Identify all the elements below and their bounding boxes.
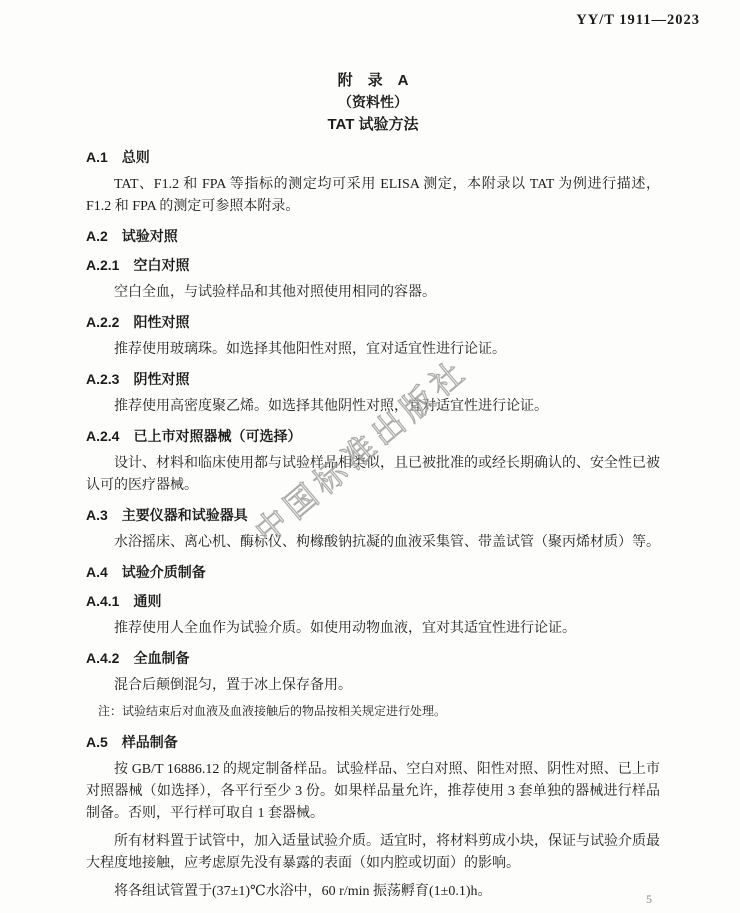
paragraph: 将各组试管置于(37±1)℃水浴中，60 r/min 振荡孵育(1±0.1)h。 bbox=[86, 881, 660, 903]
section-number: A.2.2 bbox=[86, 314, 119, 330]
appendix-informative-label: （资料性） bbox=[86, 92, 660, 113]
section-heading-a2-4: A.2.4已上市对照器械（可选择） bbox=[86, 426, 660, 447]
section-title: 主要仪器和试验器具 bbox=[122, 507, 248, 523]
section-title: 总则 bbox=[122, 149, 150, 165]
paragraph: 混合后颠倒混匀，置于冰上保存备用。 bbox=[86, 675, 660, 697]
section-title: 阳性对照 bbox=[133, 314, 189, 330]
section-number: A.3 bbox=[86, 507, 108, 523]
section-heading-a5: A.5样品制备 bbox=[86, 732, 660, 753]
paragraph: 按 GB/T 16886.12 的规定制备样品。试验样品、空白对照、阳性对照、阴… bbox=[86, 759, 660, 825]
paragraph: 推荐使用高密度聚乙烯。如选择其他阴性对照，宜对适宜性进行论证。 bbox=[86, 396, 660, 418]
note-text: 注：试验结束后对血液及血液接触后的物品按相关规定进行处理。 bbox=[98, 703, 660, 720]
paragraph: 推荐使用玻璃珠。如选择其他阳性对照，宜对适宜性进行论证。 bbox=[86, 339, 660, 361]
page-number: 5 bbox=[646, 892, 652, 907]
paragraph: TAT、F1.2 和 FPA 等指标的测定均可采用 ELISA 测定，本附录以 … bbox=[86, 174, 660, 218]
page-content: 附 录 A （资料性） TAT 试验方法 A.1总则 TAT、F1.2 和 FP… bbox=[0, 0, 740, 903]
paragraph: 所有材料置于试管中，加入适量试验介质。适宜时，将材料剪成小块，保证与试验介质最大… bbox=[86, 831, 660, 875]
section-heading-a2-1: A.2.1空白对照 bbox=[86, 255, 660, 276]
section-title: 试验介质制备 bbox=[122, 564, 206, 580]
appendix-subject-title: TAT 试验方法 bbox=[86, 114, 660, 135]
section-heading-a2: A.2试验对照 bbox=[86, 226, 660, 247]
section-heading-a4-1: A.4.1通则 bbox=[86, 591, 660, 612]
section-number: A.4 bbox=[86, 564, 108, 580]
section-number: A.1 bbox=[86, 149, 108, 165]
standard-number: YY/T 1911—2023 bbox=[576, 12, 700, 29]
section-number: A.2 bbox=[86, 228, 108, 244]
appendix-title-block: 附 录 A （资料性） TAT 试验方法 bbox=[86, 70, 660, 135]
section-title: 样品制备 bbox=[122, 734, 178, 750]
section-heading-a4: A.4试验介质制备 bbox=[86, 562, 660, 583]
section-title: 通则 bbox=[133, 593, 161, 609]
section-title: 阴性对照 bbox=[133, 371, 189, 387]
section-title: 全血制备 bbox=[133, 650, 189, 666]
section-number: A.2.4 bbox=[86, 428, 119, 444]
section-heading-a4-2: A.4.2全血制备 bbox=[86, 648, 660, 669]
paragraph: 空白全血，与试验样品和其他对照使用相同的容器。 bbox=[86, 282, 660, 304]
section-heading-a2-2: A.2.2阳性对照 bbox=[86, 312, 660, 333]
section-title: 试验对照 bbox=[122, 228, 178, 244]
section-number: A.4.1 bbox=[86, 593, 119, 609]
paragraph: 水浴摇床、离心机、酶标仪、枸橼酸钠抗凝的血液采集管、带盖试管（聚丙烯材质）等。 bbox=[86, 532, 660, 554]
section-number: A.2.3 bbox=[86, 371, 119, 387]
section-title: 已上市对照器械（可选择） bbox=[133, 428, 301, 444]
section-heading-a1: A.1总则 bbox=[86, 147, 660, 168]
section-heading-a2-3: A.2.3阴性对照 bbox=[86, 369, 660, 390]
paragraph: 设计、材料和临床使用都与试验样品相类似，且已被批准的或经长期确认的、安全性已被认… bbox=[86, 453, 660, 497]
document-page: YY/T 1911—2023 中国标准出版社 附 录 A （资料性） TAT 试… bbox=[0, 0, 740, 913]
section-title: 空白对照 bbox=[133, 257, 189, 273]
section-heading-a3: A.3主要仪器和试验器具 bbox=[86, 505, 660, 526]
section-number: A.5 bbox=[86, 734, 108, 750]
appendix-heading: 附 录 A bbox=[86, 70, 660, 91]
section-number: A.4.2 bbox=[86, 650, 119, 666]
paragraph: 推荐使用人全血作为试验介质。如使用动物血液，宜对其适宜性进行论证。 bbox=[86, 618, 660, 640]
section-number: A.2.1 bbox=[86, 257, 119, 273]
